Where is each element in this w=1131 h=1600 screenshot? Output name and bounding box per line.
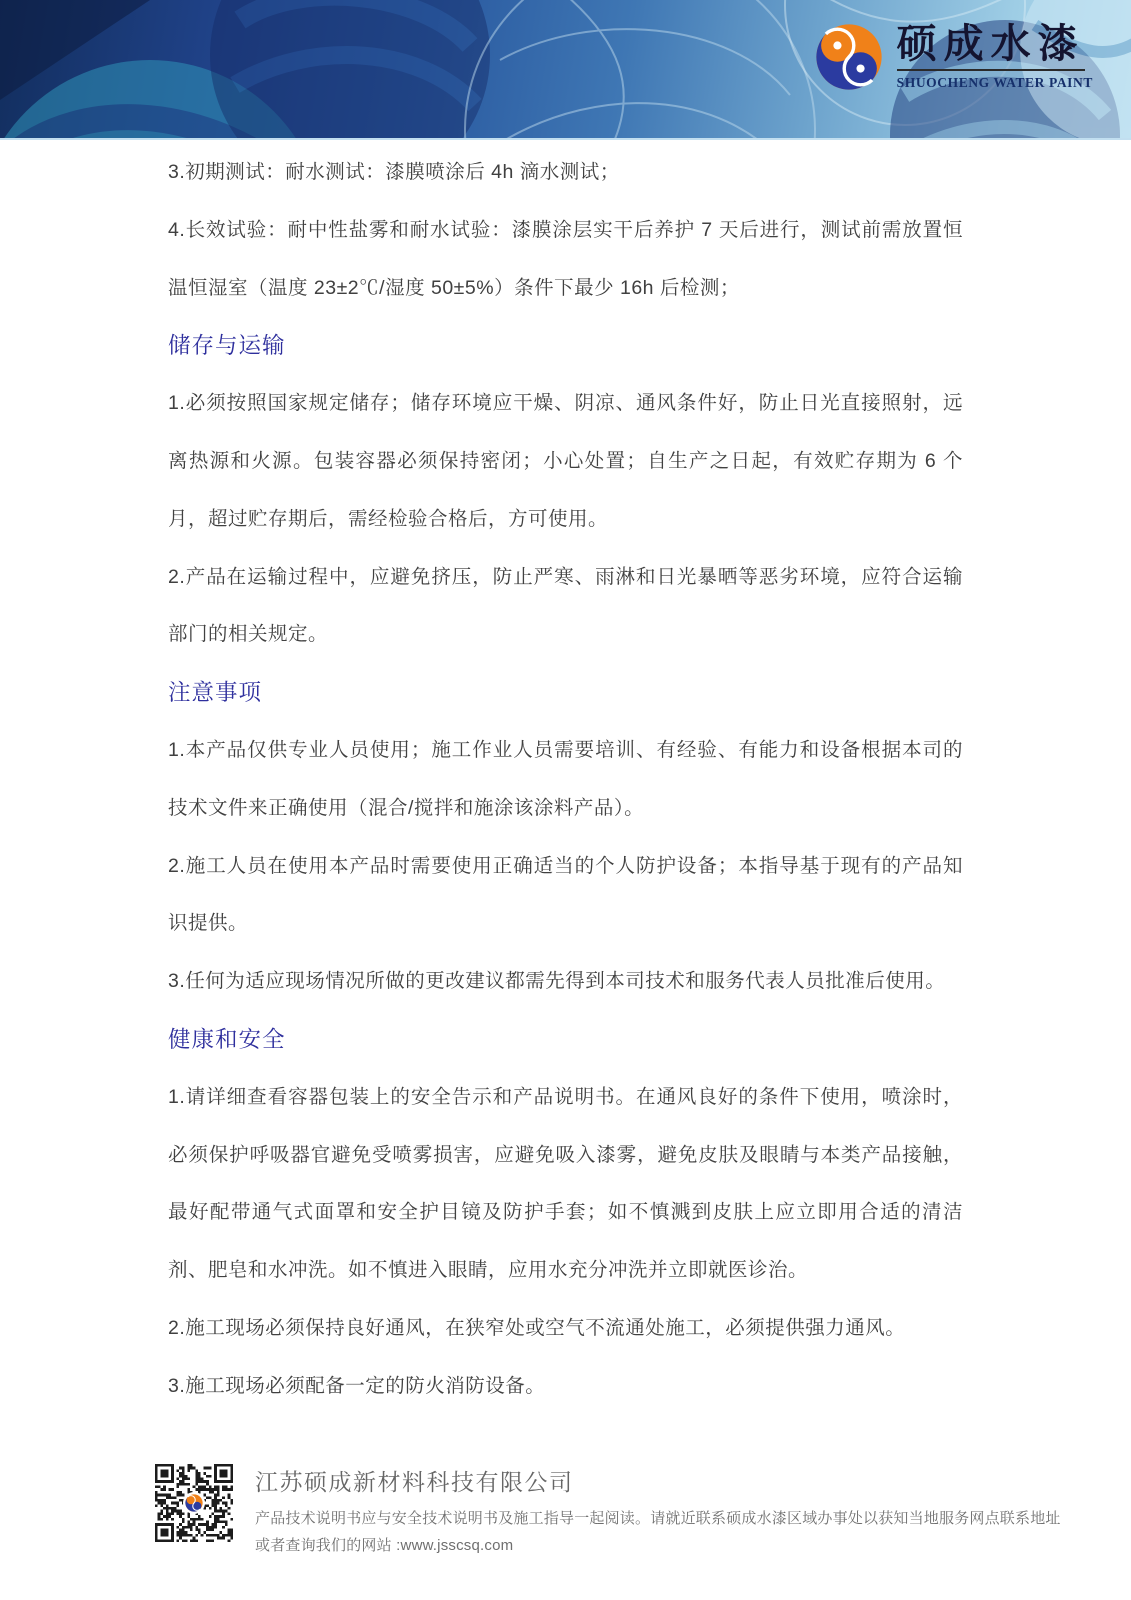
paragraph: 3.任何为适应现场情况所做的更改建议都需先得到本司技术和服务代表人员批准后使用。	[168, 953, 963, 1011]
qr-code	[155, 1464, 233, 1542]
paragraph: 1.请详细查看容器包装上的安全告示和产品说明书。在通风良好的条件下使用，喷涂时，…	[168, 1069, 963, 1300]
company-name: 江苏硕成新材料科技有限公司	[255, 1464, 1115, 1497]
header-banner: 硕成水漆 SHUOCHENG WATER PAINT	[0, 0, 1131, 140]
paragraph: 2.产品在运输过程中，应避免挤压，防止严寒、雨淋和日光暴晒等恶劣环境，应符合运输…	[168, 549, 963, 665]
document-body: 3.初期测试：耐水测试：漆膜喷涂后 4h 滴水测试； 4.长效试验：耐中性盐雾和…	[168, 138, 963, 1416]
footer-note-line1: 产品技术说明书应与安全技术说明书及施工指导一起阅读。请就近联系硕成水漆区域办事处…	[255, 1506, 1115, 1533]
section-heading-precautions: 注意事项	[168, 664, 963, 722]
section-heading-storage-transport: 储存与运输	[168, 317, 963, 375]
paragraph: 2.施工人员在使用本产品时需要使用正确适当的个人防护设备；本指导基于现有的产品知…	[168, 838, 963, 954]
brand-name-cn: 硕成水漆	[897, 22, 1085, 71]
paragraph: 4.长效试验：耐中性盐雾和耐水试验：漆膜涂层实干后养护 7 天后进行，测试前需放…	[168, 202, 963, 318]
paragraph: 1.本产品仅供专业人员使用；施工作业人员需要培训、有经验、有能力和设备根据本司的…	[168, 722, 963, 838]
shuocheng-swirl-logo-icon	[815, 23, 883, 91]
document-footer: 江苏硕成新材料科技有限公司 产品技术说明书应与安全技术说明书及施工指导一起阅读。…	[155, 1464, 1115, 1559]
brand-name-en: SHUOCHENG WATER PAINT	[897, 75, 1093, 91]
brand-text: 硕成水漆 SHUOCHENG WATER PAINT	[897, 22, 1093, 91]
section-heading-health-safety: 健康和安全	[168, 1011, 963, 1069]
paragraph: 1.必须按照国家规定储存；储存环境应干燥、阴凉、通风条件好，防止日光直接照射，远…	[168, 375, 963, 548]
paragraph: 3.初期测试：耐水测试：漆膜喷涂后 4h 滴水测试；	[168, 144, 963, 202]
qr-center-logo-icon	[183, 1492, 205, 1514]
footer-text: 江苏硕成新材料科技有限公司 产品技术说明书应与安全技术说明书及施工指导一起阅读。…	[255, 1464, 1115, 1559]
footer-note-line2: 或者查询我们的网站 :www.jsscsq.com	[255, 1533, 1115, 1560]
brand-lockup: 硕成水漆 SHUOCHENG WATER PAINT	[815, 22, 1093, 91]
document-page: 硕成水漆 SHUOCHENG WATER PAINT 3.初期测试：耐水测试：漆…	[0, 0, 1131, 1600]
paragraph: 3.施工现场必须配备一定的防火消防设备。	[168, 1358, 963, 1416]
paragraph: 2.施工现场必须保持良好通风，在狭窄处或空气不流通处施工，必须提供强力通风。	[168, 1300, 963, 1358]
